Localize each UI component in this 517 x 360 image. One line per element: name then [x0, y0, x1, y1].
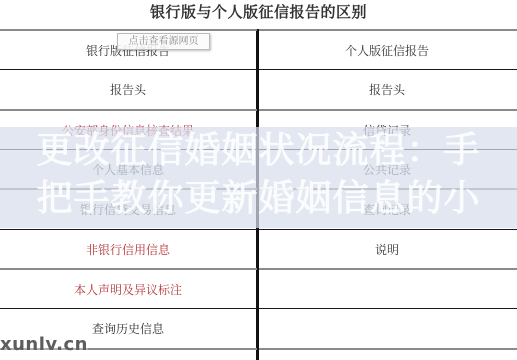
table-cell-personal: 说明: [258, 230, 516, 268]
table-cell-bank: 非银行信用信息: [0, 230, 258, 268]
view-source-tooltip[interactable]: 点击查看源网页: [117, 33, 210, 50]
page-title: 银行版与个人版征信报告的区别: [0, 0, 517, 28]
site-watermark: xunlv.cn: [0, 334, 88, 355]
table-cell-personal: 报告头: [258, 70, 516, 109]
headline-line-2: 把手教你更新婚姻信息的小: [0, 175, 517, 223]
headline-line-1: 更改征信婚姻状况流程：手: [0, 127, 517, 175]
table-cell-bank: 报告头: [0, 70, 258, 109]
table-cell-personal: [258, 350, 516, 360]
table-cell-personal: [258, 270, 516, 308]
table-cell-bank: 本人声明及异议标注: [0, 270, 258, 308]
table-cell-personal: 个人版征信报告: [258, 31, 516, 69]
table-cell-personal: [258, 309, 516, 348]
headline-overlay[interactable]: 更改征信婚姻状况流程：手 把手教你更新婚姻信息的小: [0, 127, 517, 228]
